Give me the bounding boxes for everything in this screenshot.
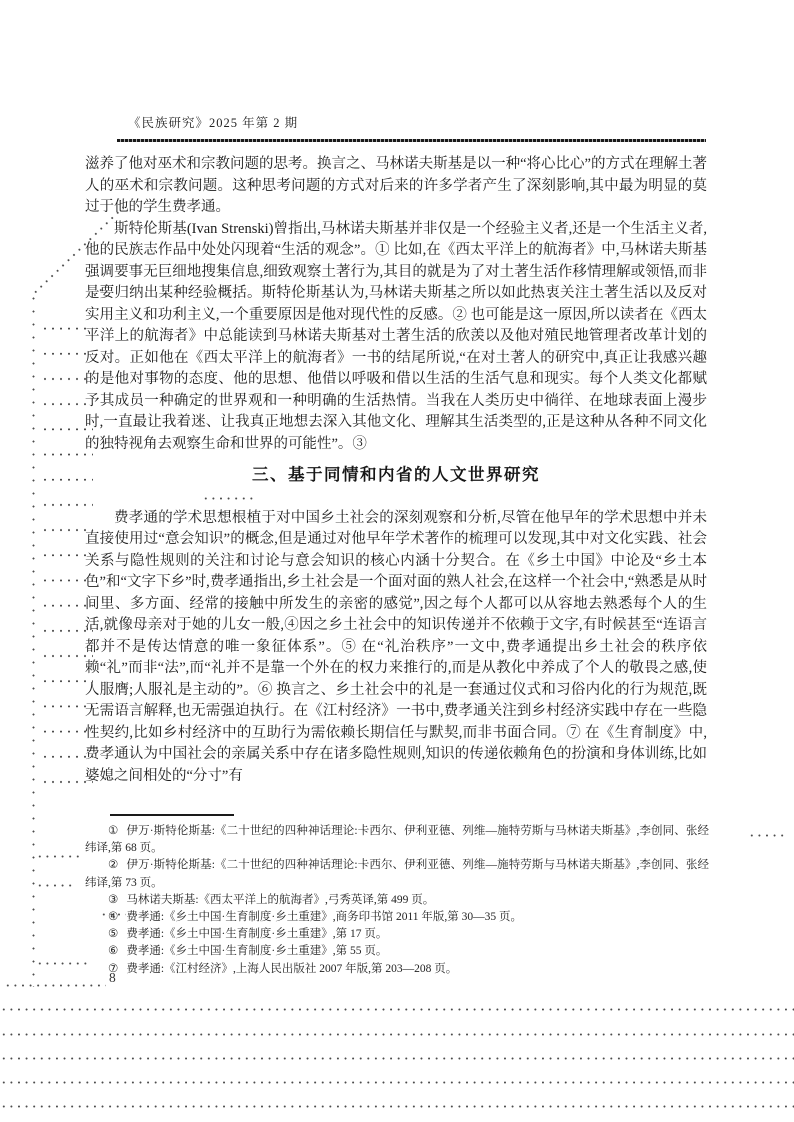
paragraph-strenski: 斯特伦斯基(Ivan Strenski)曾指出,马林诺夫斯基并非仅是一个经验主义…: [85, 219, 707, 456]
scan-artifact-margin-dot-rows: [41, 316, 93, 794]
footnote-5-marker: ⑤: [108, 928, 118, 940]
scan-artifact-bottom-line-3: [0, 1057, 794, 1060]
scan-artifact-vertical-dots: [32, 292, 35, 987]
header-rule: [117, 139, 706, 142]
section-heading: 三、基于同情和内省的人文世界研究: [85, 464, 707, 486]
footnote-2-text: 伊万·斯特伦斯基:《二十世纪的四种神话理论:卡西尔、伊利亚德、列维—施特劳斯与马…: [85, 859, 709, 888]
scan-artifact-bottom-line-1: [0, 1008, 794, 1011]
journal-page: 《民族研究》2025 年第 2 期 滋养了他对巫术和宗教问题的思考。换言之、马林…: [0, 0, 794, 1122]
scan-artifact-footnote-dots-1: [36, 855, 84, 858]
footnotes-block: ①伊万·斯特伦斯基:《二十世纪的四种神话理论:卡西尔、伊利亚德、列维—施特劳斯与…: [85, 823, 709, 978]
scan-artifact-footnote-dots-4: [36, 962, 90, 965]
paragraph-fei-xiaotong: 费孝通的学术思想根植于对中国乡土社会的深刻观察和分析,尽管在他早年的学术思想中并…: [85, 508, 707, 788]
page-number: 8: [109, 970, 116, 986]
article-body: 滋养了他对巫术和宗教问题的思考。换言之、马林诺夫斯基是以一种“将心比心”的方式在…: [85, 154, 707, 787]
scan-artifact-heading-dots: [202, 497, 254, 500]
scan-artifact-bottom-line-5: [0, 1105, 794, 1108]
journal-issue-header: 《民族研究》2025 年第 2 期: [128, 113, 298, 131]
footnote-separator: [110, 814, 234, 816]
scan-artifact-footnote-dots-3: [100, 913, 126, 916]
scan-artifact-bottom-line-4: [0, 1081, 794, 1084]
scan-artifact-footnote-dots-2: [36, 884, 74, 887]
footnote-5-text: 费孝通:《乡土中国·生育制度·乡土重建》,第 17 页。: [126, 928, 387, 940]
footnote-5: ⑤费孝通:《乡土中国·生育制度·乡土重建》,第 17 页。: [85, 926, 709, 943]
footnote-4: ④费孝通:《乡土中国·生育制度·乡土重建》,商务印书馆 2011 年版,第 30…: [85, 909, 709, 926]
footnote-6-text: 费孝通:《乡土中国·生育制度·乡土重建》,第 55 页。: [126, 945, 387, 957]
footnote-2: ②伊万·斯特伦斯基:《二十世纪的四种神话理论:卡西尔、伊利亚德、列维—施特劳斯与…: [85, 857, 709, 891]
footnote-3-text: 马林诺夫斯基:《西太平洋上的航海者》,弓秀英译,第 499 页。: [126, 894, 434, 906]
footnote-1: ①伊万·斯特伦斯基:《二十世纪的四种神话理论:卡西尔、伊利亚德、列维—施特劳斯与…: [85, 823, 709, 857]
footnote-6-marker: ⑥: [108, 945, 118, 957]
footnote-6: ⑥费孝通:《乡土中国·生育制度·乡土重建》,第 55 页。: [85, 943, 709, 960]
scan-artifact-right-edge-dots: [748, 834, 788, 837]
footnote-1-text: 伊万·斯特伦斯基:《二十世纪的四种神话理论:卡西尔、伊利亚德、列维—施特劳斯与马…: [85, 825, 709, 854]
footnote-3-marker: ③: [108, 894, 118, 906]
footnote-1-marker: ①: [108, 825, 118, 837]
paragraph-continuation: 滋养了他对巫术和宗教问题的思考。换言之、马林诺夫斯基是以一种“将心比心”的方式在…: [85, 154, 707, 219]
footnote-2-marker: ②: [108, 859, 118, 871]
scan-artifact-pagenumber-dots: [4, 984, 106, 987]
footnote-7: ⑦费孝通:《江村经济》,上海人民出版社 2007 年版,第 203—208 页。: [85, 961, 709, 978]
scan-artifact-bottom-line-2: [0, 1033, 794, 1036]
footnote-3: ③马林诺夫斯基:《西太平洋上的航海者》,弓秀英译,第 499 页。: [85, 892, 709, 909]
footnote-4-text: 费孝通:《乡土中国·生育制度·乡土重建》,商务印书馆 2011 年版,第 30—…: [126, 911, 522, 923]
footnote-7-text: 费孝通:《江村经济》,上海人民出版社 2007 年版,第 203—208 页。: [126, 963, 457, 975]
